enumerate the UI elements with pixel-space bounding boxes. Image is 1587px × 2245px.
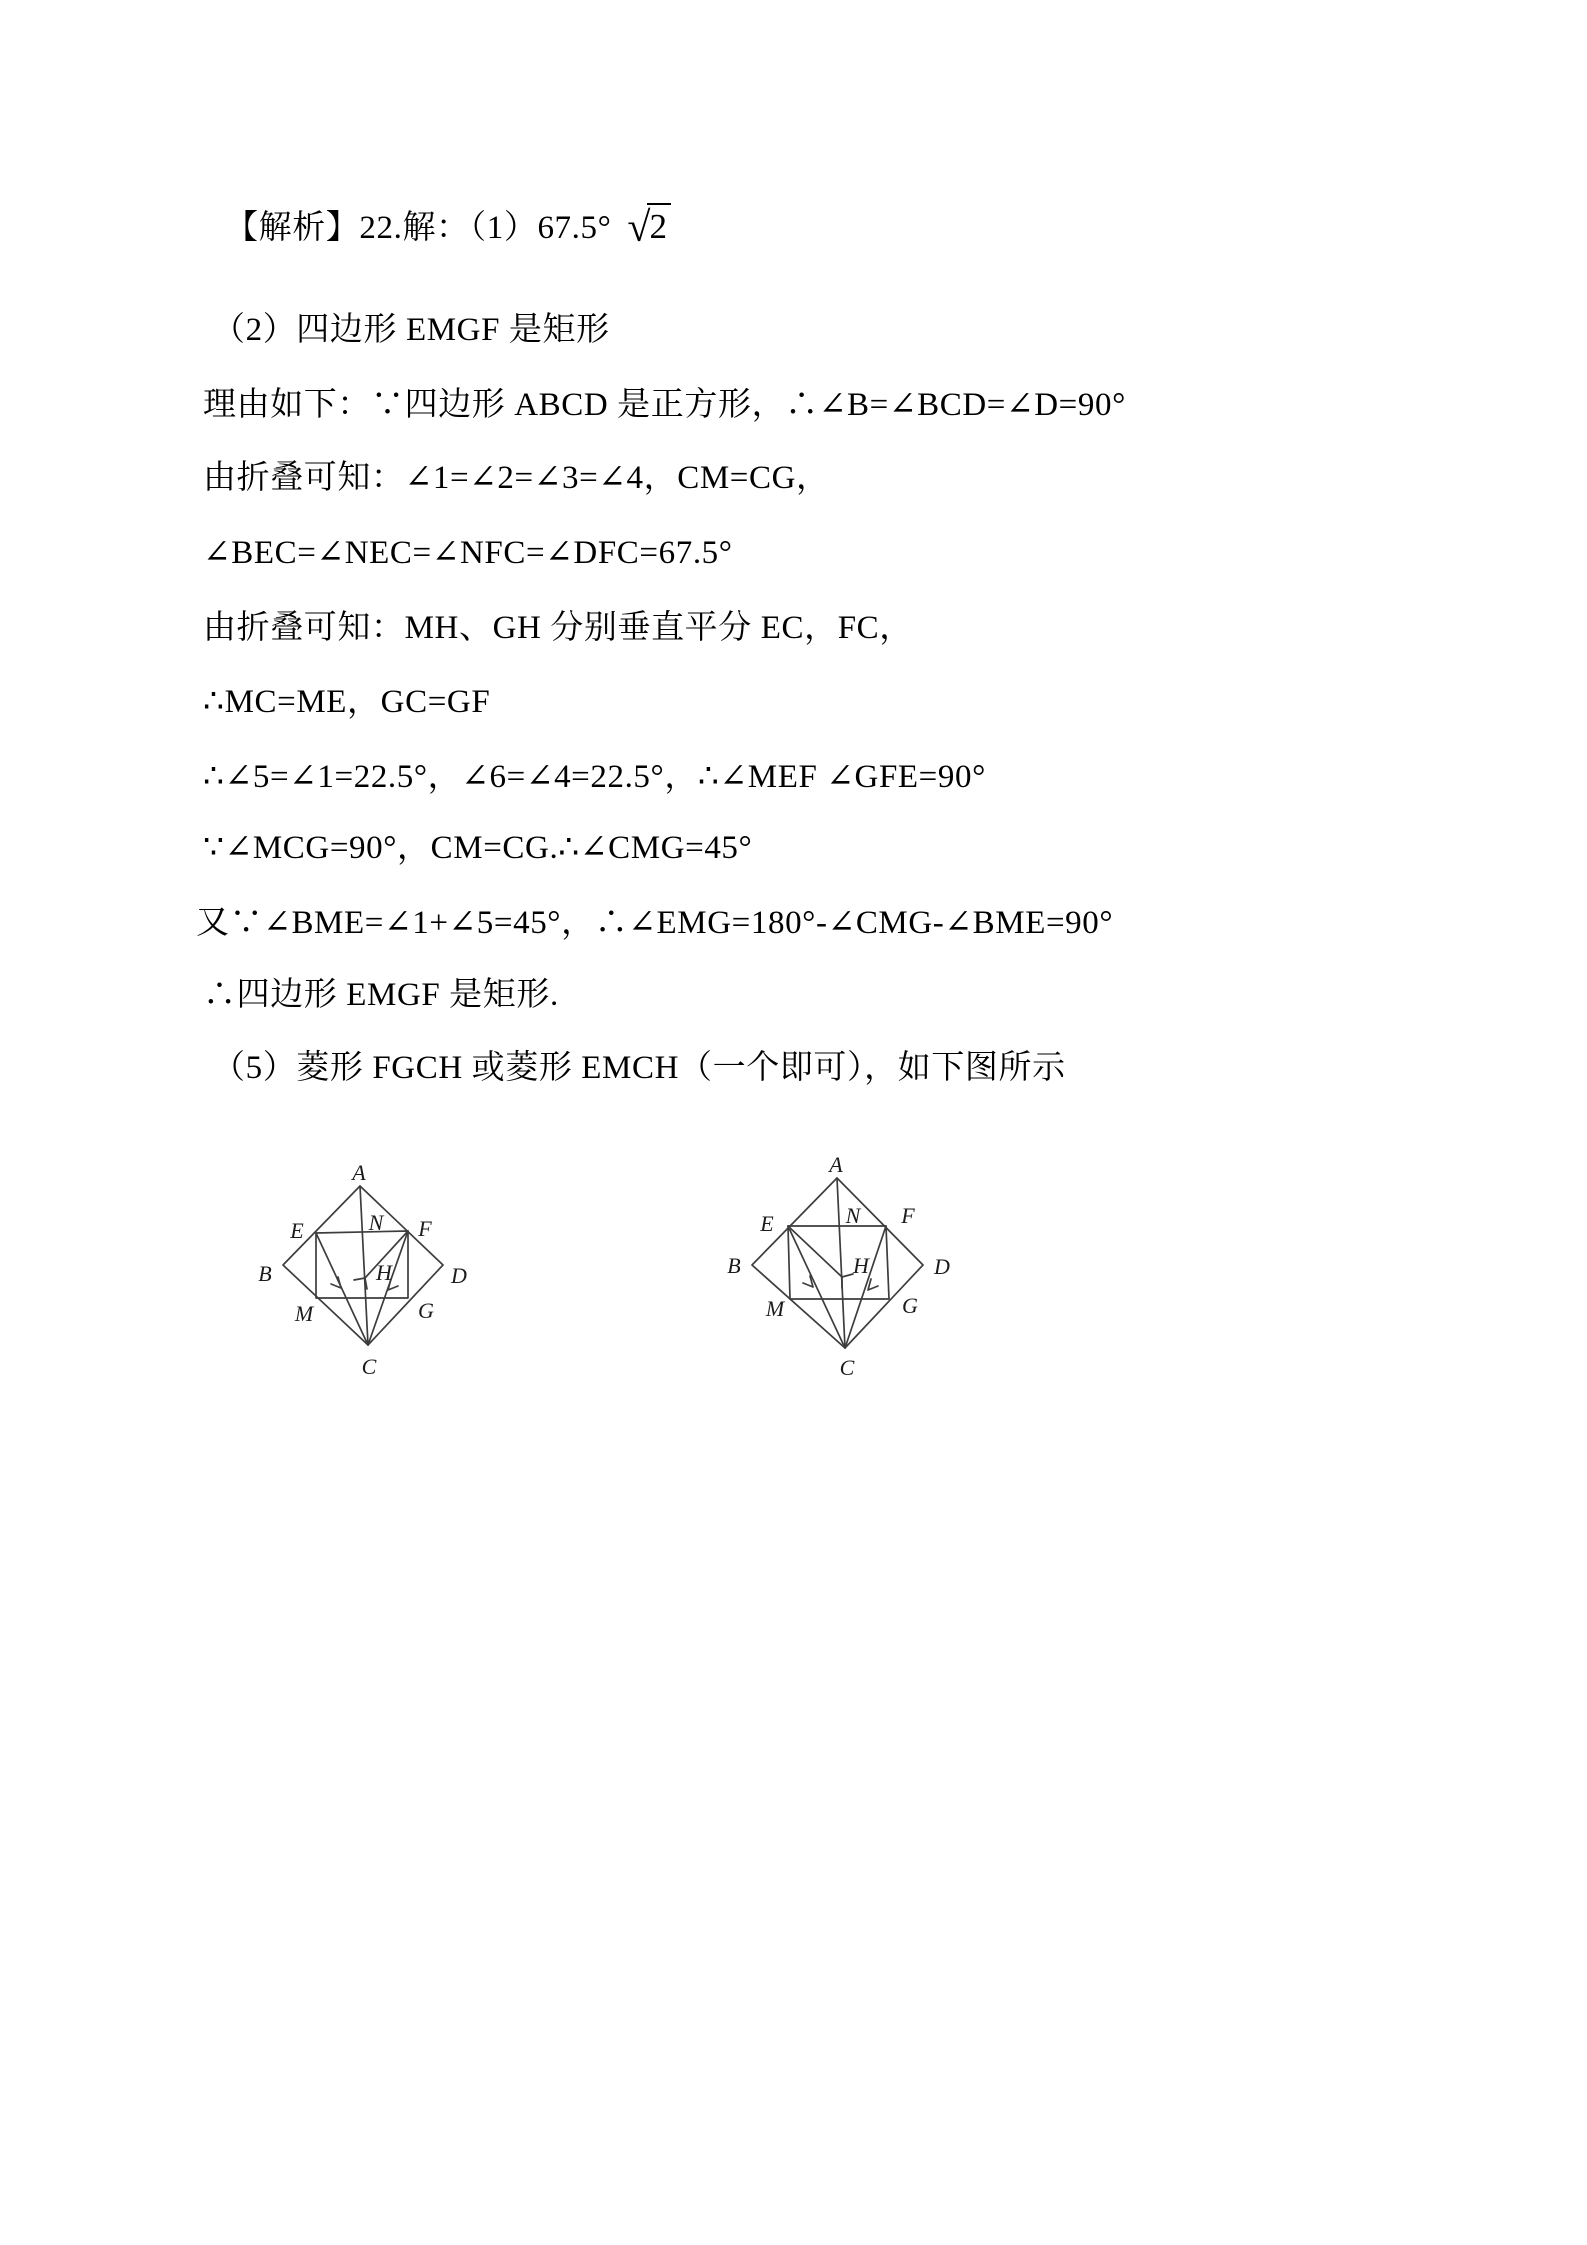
solution-line-4: 由折叠可知：∠1=∠2=∠3=∠4，CM=CG， xyxy=(203,456,830,500)
vertex-label-B: B xyxy=(727,1253,740,1278)
vertex-label-G: G xyxy=(902,1293,918,1318)
document-page: 【解析】22.解：（1）67.5°√2 （2）四边形 EMGF 是矩形 理由如下… xyxy=(0,0,1587,2245)
figure-rhombus-FGCH: A B C D E F N H M G xyxy=(228,1118,494,1380)
vertex-label-F: F xyxy=(417,1216,432,1241)
vertex-label-N: N xyxy=(368,1210,385,1235)
solution-line-8: ∴∠5=∠1=22.5°，∠6=∠4=22.5°，∴∠MEF ∠GFE=90° xyxy=(203,755,986,799)
vertex-label-A: A xyxy=(827,1152,843,1177)
vertex-label-D: D xyxy=(450,1263,467,1288)
solution-line-3: 理由如下：∵四边形 ABCD 是正方形，∴∠B=∠BCD=∠D=90° xyxy=(203,383,1126,427)
line-AC xyxy=(837,1178,845,1348)
vertex-label-C: C xyxy=(362,1354,377,1379)
vertex-label-B: B xyxy=(258,1261,271,1286)
solution-line-1: 【解析】22.解：（1）67.5°√2 xyxy=(225,203,671,250)
answer-part-1-text: 【解析】22.解：（1）67.5° xyxy=(225,210,611,246)
line-EC xyxy=(316,1233,368,1345)
vertex-label-A: A xyxy=(350,1160,366,1185)
vertex-label-M: M xyxy=(294,1301,315,1326)
solution-line-11: ∴四边形 EMGF 是矩形. xyxy=(203,973,559,1017)
vertex-label-D: D xyxy=(933,1254,950,1279)
vertex-label-F: F xyxy=(900,1203,915,1228)
vertex-label-G: G xyxy=(418,1298,434,1323)
figure-rhombus-EMCH: A B C D E F N H M G xyxy=(718,1113,984,1379)
vertex-label-E: E xyxy=(759,1211,774,1236)
solution-line-9: ∵∠MCG=90°，CM=CG.∴∠CMG=45° xyxy=(203,826,752,870)
solution-line-7: ∴MC=ME，GC=GF xyxy=(203,680,490,724)
vertex-label-H: H xyxy=(852,1253,870,1278)
line-EH xyxy=(788,1226,842,1277)
fold-mark-FC xyxy=(868,1279,878,1290)
radicand: 2 xyxy=(647,203,671,249)
vertex-label-H: H xyxy=(375,1260,393,1285)
line-FC xyxy=(845,1226,886,1348)
line-EC xyxy=(788,1226,845,1348)
solution-line-12: （5）菱形 FGCH 或菱形 EMCH（一个即可），如下图所示 xyxy=(212,1046,1066,1090)
vertex-label-E: E xyxy=(289,1218,304,1243)
solution-line-5: ∠BEC=∠NEC=∠NFC=∠DFC=67.5° xyxy=(203,531,733,575)
vertex-label-M: M xyxy=(765,1296,786,1321)
vertex-label-N: N xyxy=(845,1203,862,1228)
sqrt-2: √2 xyxy=(627,203,671,250)
arrow-mark-H xyxy=(842,1274,853,1288)
line-AC xyxy=(360,1186,368,1345)
vertex-label-C: C xyxy=(840,1355,855,1379)
solution-line-10: 又∵∠BME=∠1+∠5=45°，∴∠EMG=180°-∠CMG-∠BME=90… xyxy=(196,901,1113,945)
fold-mark-EC xyxy=(331,1277,341,1288)
solution-line-2: （2）四边形 EMGF 是矩形 xyxy=(212,308,610,352)
solution-line-6: 由折叠可知：MH、GH 分别垂直平分 EC，FC， xyxy=(203,606,913,650)
